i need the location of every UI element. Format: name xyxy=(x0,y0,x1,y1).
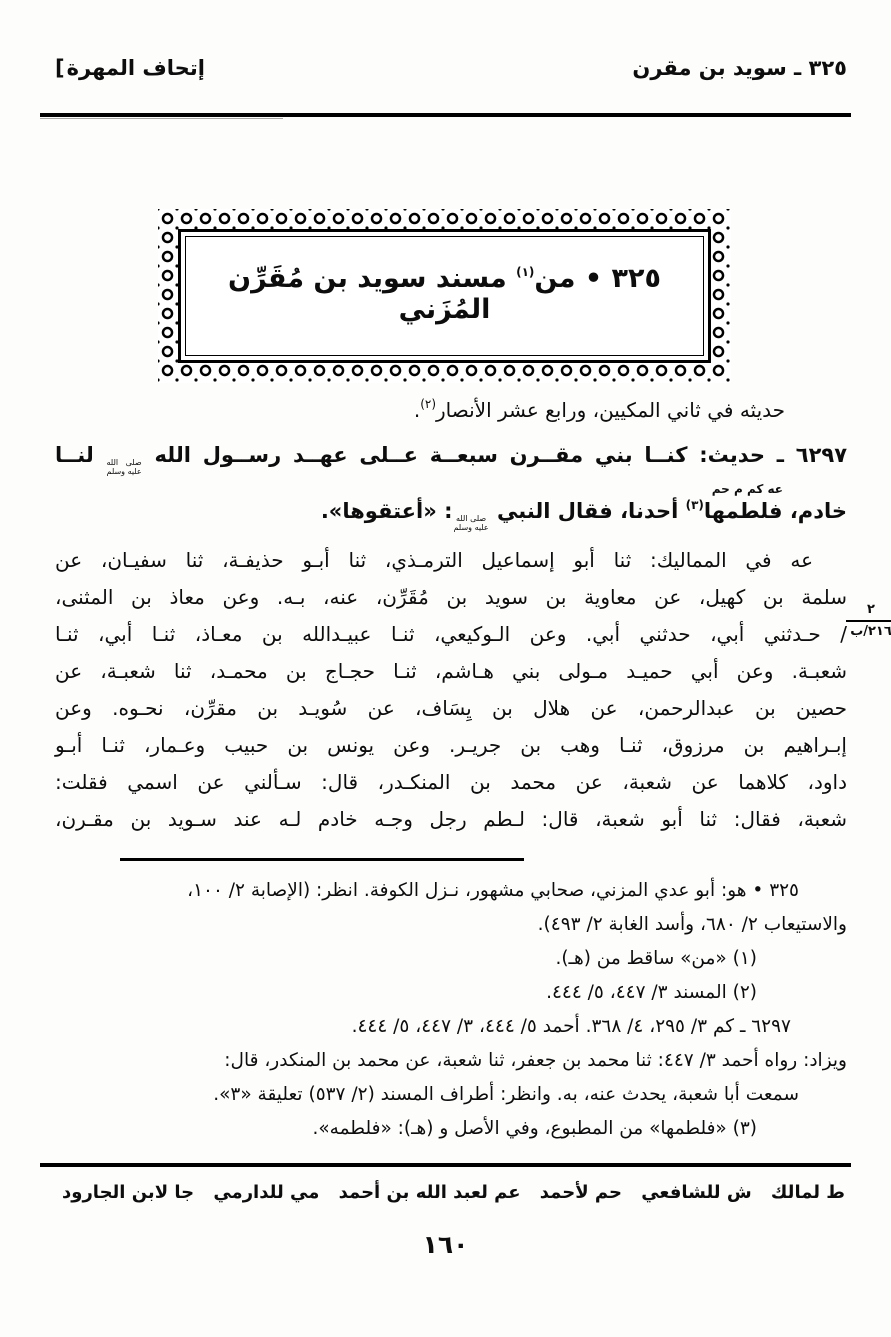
footnote-ref-2: (٢) xyxy=(420,397,436,411)
salawat-bottom: عليه وسلم xyxy=(107,468,142,477)
title-box-outer-border: ٣٢٥ • من(١) مسند سويد بن مُقَرِّن المُزَ… xyxy=(178,229,711,363)
footnote-line: ٦٢٩٧ ـ كم ٣/ ٢٩٥، ٤/ ٣٦٨. أحمد ٥/ ٤٤٤، ٣… xyxy=(55,1010,847,1044)
intro-text: حديثه في ثاني المكيين، ورابع عشر الأنصار xyxy=(436,398,785,422)
isnad-line: / حـدثني أبي، حدثني أبي. وعن الـوكيعي، ث… xyxy=(55,616,847,653)
folio-volume: ٢ xyxy=(846,601,891,622)
isnad-line: شعبـة. وعن أبي حميـد مـولى بني هـاشم، ثن… xyxy=(55,653,847,690)
sigla-item: مي للدارمي xyxy=(213,1182,319,1203)
footnote-line: (١) «من» ساقط من (هـ). xyxy=(55,942,847,976)
footnote-line: والاستيعاب ٢/ ٦٨٠، وأسد الغابة ٢/ ٤٩٣). xyxy=(55,908,847,942)
isnad-line: داود، كلاهما عن شعبة، عن محمد بن المنكـد… xyxy=(55,764,847,801)
sigla-item: حم لأحمد xyxy=(540,1182,622,1203)
footnote-ref-1: (١) xyxy=(516,265,534,279)
footnote-separator-rule xyxy=(120,858,524,861)
header-rule xyxy=(40,113,851,117)
hadith-line-1-end: لنــا xyxy=(55,443,94,467)
footnotes-block: ٣٢٥ • هو: أبو عدي المزني، صحابي مشهور، ن… xyxy=(55,874,847,1146)
isnad-line: سلمة بن كهيل، عن معاوية بن سويد بن مُقَر… xyxy=(55,579,847,616)
isnad-line: شعبة، فقال: ثنا أبو شعبة، قال: لـطم رجل … xyxy=(55,801,847,838)
page-number: ١٦٠ xyxy=(0,1230,891,1259)
intro-line: حديثه في ثاني المكيين، ورابع عشر الأنصار… xyxy=(55,398,847,422)
bracket-glyph: [ xyxy=(55,56,65,80)
hadith-line-2-end: : «أعتقوها». xyxy=(321,499,453,523)
isnad-line: حصين بن عبدالرحمن، عن هلال بن يِسَاف، عن… xyxy=(55,690,847,727)
margin-folio-marker: ٢ ٢١٦/ب xyxy=(846,601,891,640)
hadith-line-2-text: خادم، فلطمها xyxy=(704,499,847,523)
sigla-item: ط لمالك xyxy=(771,1182,845,1203)
sigla-item: ش للشافعي xyxy=(641,1182,751,1203)
isnad-line: عه في المماليك: ثنا أبو إسماعيل الترمـذي… xyxy=(55,542,847,579)
hadith-line-2: خادم، فلطمها(٣) أحدنا، فقال النبي صلى ال… xyxy=(55,499,847,535)
chapter-title: ٣٢٥ • من(١) مسند سويد بن مُقَرِّن المُزَ… xyxy=(194,263,695,325)
footnote-line: ويزاد: رواه أحمد ٣/ ٤٤٧: ثنا محمد بن جعف… xyxy=(55,1044,847,1078)
running-header: ٣٢٥ ـ سويد بن مقرن [إتحاف المهرة xyxy=(55,56,847,80)
ornamental-border-frame: ٣٢٥ • من(١) مسند سويد بن مُقَرِّن المُزَ… xyxy=(158,209,731,383)
salawat-bottom: عليه وسلم xyxy=(453,524,488,533)
hadith-line-1: ٦٢٩٧ ـ حديث: كنــا بني مقــرن سبعــة عــ… xyxy=(55,443,847,482)
header-book-title: [إتحاف المهرة xyxy=(55,56,205,80)
source-sigla-superscript: عه كم م حم xyxy=(55,482,847,499)
salawat-symbol: صلى اللهعليه وسلم xyxy=(106,459,143,476)
footer-rule xyxy=(40,1163,851,1167)
title-box-inner-border: ٣٢٥ • من(١) مسند سويد بن مُقَرِّن المُزَ… xyxy=(185,236,704,356)
footnote-line: سمعت أبا شعبة، يحدث عنه، به. وانظر: أطرا… xyxy=(55,1078,847,1112)
footnote-line: (٣) «فلطمها» من المطبوع، وفي الأصل و (هـ… xyxy=(55,1112,847,1146)
chapter-title-rest: مسند سويد بن مُقَرِّن المُزَني xyxy=(228,263,516,325)
hadith-paragraph: ٦٢٩٧ ـ حديث: كنــا بني مقــرن سبعــة عــ… xyxy=(55,443,847,535)
sigla-item: عم لعبد الله بن أحمد xyxy=(339,1182,521,1203)
salawat-symbol: صلى اللهعليه وسلم xyxy=(452,515,489,532)
footnote-line: ٣٢٥ • هو: أبو عدي المزني، صحابي مشهور، ن… xyxy=(55,874,847,908)
book-title-text: إتحاف المهرة xyxy=(67,56,205,80)
isnad-paragraph: عه في المماليك: ثنا أبو إسماعيل الترمـذي… xyxy=(55,542,847,838)
chapter-title-text: ٣٢٥ • من xyxy=(534,263,661,294)
footnote-ref-3: (٣) xyxy=(686,498,704,512)
isnad-line: إبـراهيم بن مرزوق، ثنـا وهب بن جريـر. وع… xyxy=(55,727,847,764)
sigla-key-bar: ط لمالك ش للشافعي حم لأحمد عم لعبد الله … xyxy=(62,1182,845,1203)
folio-number: ٢١٦/ب xyxy=(846,622,891,641)
hadith-line-2-mid: أحدنا، فقال النبي xyxy=(490,499,686,523)
sigla-item: جا لابن الجارود xyxy=(62,1182,194,1203)
hadith-line-1-text: ٦٢٩٧ ـ حديث: كنــا بني مقــرن سبعــة عــ… xyxy=(155,443,848,467)
footnote-line: (٢) المسند ٣/ ٤٤٧، ٥/ ٤٤٤. xyxy=(55,976,847,1010)
header-chapter-title: ٣٢٥ ـ سويد بن مقرن xyxy=(632,56,847,80)
book-page: { "header": { "right": "٣٢٥ ـ سويد بن مق… xyxy=(0,0,891,1337)
